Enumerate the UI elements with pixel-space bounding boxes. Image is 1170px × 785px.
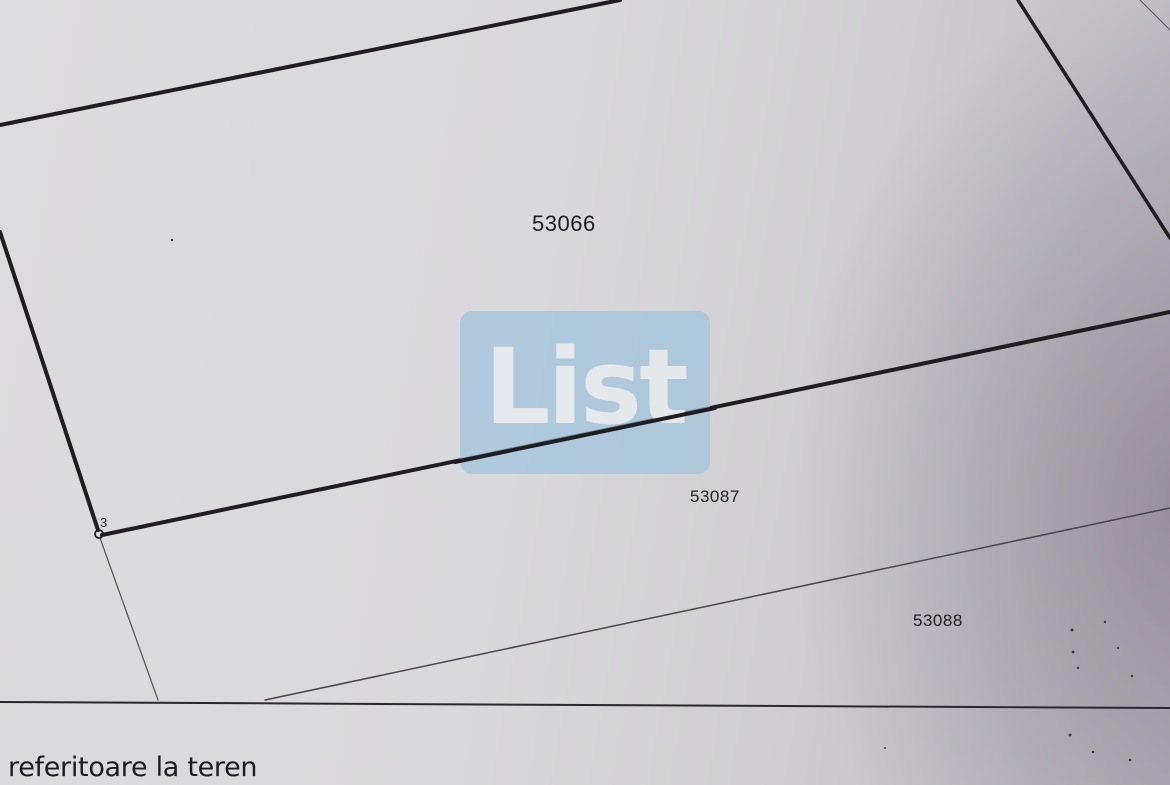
caption-text: referitoare la teren xyxy=(8,752,257,783)
boundary-top xyxy=(0,0,620,125)
watermark-text: List xyxy=(484,326,686,448)
boundary-left xyxy=(0,232,98,530)
parcel-label-53088: 53088 xyxy=(913,611,963,631)
boundary-right xyxy=(1018,0,1170,238)
boundary-thin-left xyxy=(100,538,158,700)
watermark-badge: List xyxy=(460,311,710,474)
table-border xyxy=(0,702,1170,708)
boundary-thin-lower xyxy=(265,508,1170,700)
survey-point-label: 3 xyxy=(100,515,108,530)
parcel-label-53066: 53066 xyxy=(532,211,596,237)
parcel-label-53087: 53087 xyxy=(690,487,740,507)
boundary-corner xyxy=(1140,0,1170,30)
